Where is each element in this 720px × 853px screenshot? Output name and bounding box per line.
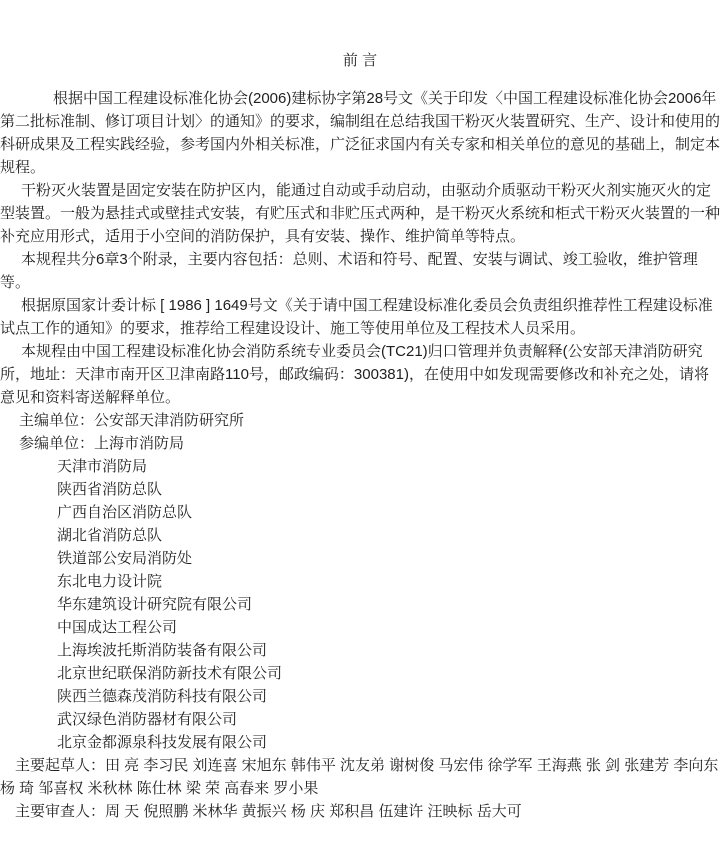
reviewers-line: 主要审查人：周 天 倪照鹏 米林华 黄振兴 杨 庆 郑积昌 伍建许 汪映标 岳大…	[0, 800, 720, 823]
participating-unit: 湖北省消防总队	[0, 524, 720, 547]
participating-unit: 陕西兰德森茂消防科技有限公司	[0, 685, 720, 708]
participating-unit: 上海市消防局	[94, 435, 184, 452]
participating-unit: 上海埃波托斯消防装备有限公司	[0, 639, 720, 662]
participating-unit: 陕西省消防总队	[0, 478, 720, 501]
paragraph-administration: 本规程由中国工程建设标准化协会消防系统专业委员会(TC21)归口管理并负责解释(…	[0, 340, 720, 409]
participating-units-label: 参编单位：	[19, 435, 94, 452]
drafters-line: 主要起草人：田 亮 李习民 刘连喜 宋旭东 韩伟平 沈友弟 谢树俊 马宏伟 徐学…	[0, 754, 720, 800]
participating-unit: 武汉绿色消防器材有限公司	[0, 708, 720, 731]
preface-page: 前 言 根据中国工程建设标准化协会(2006)建标协字第28号文《关于印发〈中国…	[0, 0, 720, 823]
participating-unit: 华东建筑设计研究院有限公司	[0, 593, 720, 616]
participating-unit: 北京金都源泉科技发展有限公司	[0, 731, 720, 754]
paragraph-recommendation: 根据原国家计委计标 [ 1986 ] 1649号文《关于请中国工程建设标准化委员…	[0, 294, 720, 340]
participating-unit: 东北电力设计院	[0, 570, 720, 593]
page-title: 前 言	[0, 49, 720, 72]
participating-unit: 铁道部公安局消防处	[0, 547, 720, 570]
drafters-label: 主要起草人：	[15, 757, 105, 774]
paragraph-description: 干粉灭火装置是固定安装在防护区内，能通过自动或手动启动，由驱动介质驱动干粉灭火剂…	[0, 179, 720, 248]
paragraph-contents: 本规程共分6章3个附录，主要内容包括：总则、术语和符号、配置、安装与调试、竣工验…	[0, 248, 720, 294]
reviewers-names: 周 天 倪照鹏 米林华 黄振兴 杨 庆 郑积昌 伍建许 汪映标 岳大可	[105, 803, 522, 820]
participating-unit: 中国成达工程公司	[0, 616, 720, 639]
participating-units-line: 参编单位：上海市消防局	[0, 432, 720, 455]
drafters-names: 田 亮 李习民 刘连喜 宋旭东 韩伟平 沈友弟 谢树俊 马宏伟 徐学军 王海燕 …	[0, 757, 718, 797]
paragraph-basis: 根据中国工程建设标准化协会(2006)建标协字第28号文《关于印发〈中国工程建设…	[0, 87, 720, 179]
chief-editor-value: 公安部天津消防研究所	[94, 412, 244, 429]
participating-unit: 北京世纪联保消防新技术有限公司	[0, 662, 720, 685]
reviewers-label: 主要审查人：	[15, 803, 105, 820]
participating-unit: 广西自治区消防总队	[0, 501, 720, 524]
chief-editor-line: 主编单位：公安部天津消防研究所	[0, 409, 720, 432]
participating-unit: 天津市消防局	[0, 455, 720, 478]
chief-editor-label: 主编单位：	[19, 412, 94, 429]
